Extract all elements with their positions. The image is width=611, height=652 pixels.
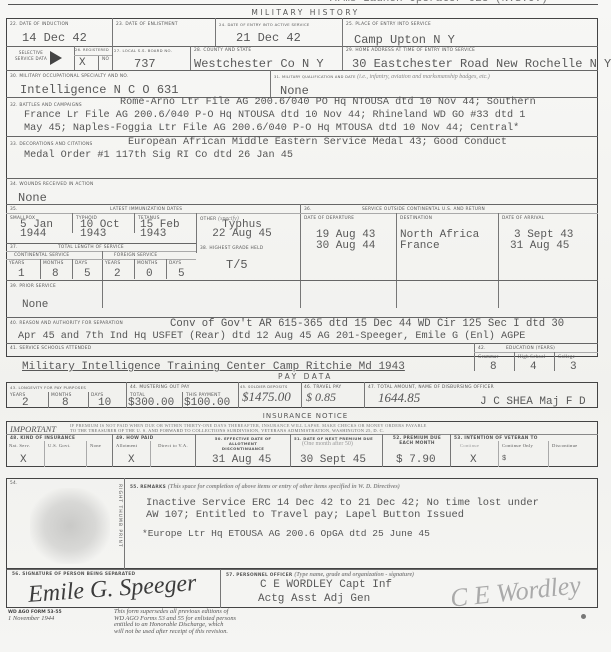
- f40-label: 40. Reason and Authority for Separation: [10, 321, 123, 326]
- f35-tetanus-date: 15 Feb1943: [140, 221, 180, 239]
- f31-value: None: [280, 84, 309, 98]
- f57-line2: Actg Asst Adj Gen: [258, 593, 370, 605]
- insurance-notice-header: INSURANCE NOTICE: [0, 412, 611, 420]
- f22-label: 22. Date of Induction: [10, 22, 69, 27]
- f25-label: 25. Place of Entry into Service: [346, 22, 431, 27]
- f35-typhoid-date: 10 Oct1943: [80, 221, 120, 239]
- f47-amount: 1644.85: [378, 390, 420, 406]
- f22-value: 14 Dec 42: [22, 31, 87, 45]
- f42-grammar-label: Grammar: [478, 355, 498, 360]
- f46-value: $ 0.85: [306, 390, 336, 405]
- f33-line1: European African Middle Eastern Service …: [128, 137, 507, 150]
- f48-natserv-label: Nat. Serv.: [9, 443, 30, 448]
- f37-days-label: Days: [75, 261, 87, 266]
- f33-line2: Medal Order #1 117th Sig RI Co dtd 26 Ja…: [24, 150, 293, 163]
- f27-value: 737: [134, 57, 156, 71]
- f24-label: 24. Date of Entry into Active Service: [219, 22, 310, 27]
- f36-departure-header: Date of Departure: [304, 216, 354, 221]
- f38-value: T/5: [226, 258, 248, 272]
- discharge-form: Arms Launch Operator 025 (N.S.O.) MILITA…: [0, 0, 611, 652]
- f42-label: Education (Years): [506, 346, 555, 351]
- f28-value: Westchester Co N Y: [194, 57, 324, 71]
- arrow-right-icon: [50, 51, 62, 65]
- f50-value: 31 Aug 45: [212, 454, 271, 466]
- f37-months-label: Months: [43, 261, 64, 266]
- f26-label: 26. Registered: [75, 48, 109, 52]
- form-supersedes-note: This form supersedes all previous editio…: [114, 609, 236, 635]
- f44-payment-value: $100.00: [184, 397, 230, 409]
- f26-no-label: No: [102, 57, 109, 62]
- f37-num: 37.: [10, 245, 18, 250]
- f49-allotment-label: Allotment: [116, 443, 137, 448]
- important-line2: TO THE TREASURER OF THE U. S. AND FORWAR…: [70, 428, 384, 433]
- f35-label: Latest Immunization Dates: [110, 207, 182, 212]
- top-fragment-text: Arms Launch Operator 025 (N.S.O.): [330, 0, 548, 5]
- f55-line3: *Europe Ltr Hq ETOUSA AG 200.6 OpGA dtd …: [142, 528, 430, 541]
- f51-value: 30 Sept 45: [300, 454, 366, 466]
- f40-line2: Apr 45 and 7th Ind Hq USFET (Rear) dtd 1…: [18, 331, 525, 344]
- f42-highschool-label: High School: [518, 355, 545, 360]
- f55-line2: AW 107; Entitled to Travel pay; Lapel Bu…: [146, 509, 464, 522]
- f43-years-value: 2: [22, 397, 29, 409]
- f37-label: Total Length of Service: [58, 245, 124, 250]
- f32-line3: May 45; Naples-Foggia Ltr File AG 200.6/…: [24, 123, 519, 136]
- f24-value: 21 Dec 42: [236, 31, 301, 45]
- f49-label: 49. How Paid: [116, 436, 153, 441]
- f36-label: Service Outside Continental U.S. and Ret…: [362, 207, 485, 212]
- f35-num: 35.: [10, 207, 18, 212]
- f52-value: $ 7.90: [396, 454, 436, 466]
- f35-other-date: Typhus22 Aug 45: [202, 221, 282, 239]
- f55-label: 55. Remarks (This space for completion o…: [130, 484, 400, 490]
- f43-months-value: 8: [62, 397, 69, 409]
- f33-label: 33. Decorations and Citations: [10, 142, 93, 147]
- selective-service-label: Selective Service Data: [10, 50, 52, 61]
- f28-label: 28. County and State: [194, 48, 251, 53]
- f57-line1: C E WORDLEY Capt Inf: [260, 579, 392, 591]
- f42-college-label: College: [558, 355, 575, 360]
- f37-cont-days: 5: [84, 268, 91, 280]
- f37-cont-months: 8: [52, 268, 59, 280]
- f53-discontinue-label: Discontinue: [552, 443, 578, 448]
- f36-num: 36.: [304, 207, 312, 212]
- f52-label: 52. Premium Due Each Month: [386, 436, 448, 446]
- f40-line1: Conv of Gov't AR 615-365 dtd 15 Dec 44 W…: [170, 318, 564, 331]
- f37-foreign-months-label: Months: [137, 261, 158, 266]
- f53-continue-only-label: Continue Only: [502, 443, 533, 448]
- f45-value: $1475.00: [242, 389, 291, 405]
- f57-label: 57. Personnel Officer (Type name, grade …: [226, 572, 414, 578]
- f53-continue-only-value: $: [502, 455, 506, 463]
- f36-destination-header: Destination: [400, 216, 432, 221]
- f37-cont-years: 1: [18, 268, 25, 280]
- pay-data-header: PAY DATA: [0, 372, 611, 381]
- f37-foreign-months: 0: [146, 268, 153, 280]
- f44-total-value: $300.00: [128, 397, 174, 409]
- f32-line2: France Lr File AG 200.6/040 P-O Hq NTOUS…: [24, 110, 525, 123]
- f25-value: Camp Upton N Y: [354, 33, 455, 47]
- f32-label: 32. Battles and Campaigns: [10, 103, 82, 108]
- f53-continue-value: X: [470, 454, 477, 466]
- f37-foreign-days: 5: [178, 268, 185, 280]
- registered-mark-icon: [581, 614, 586, 619]
- f37-years-label: Years: [9, 261, 25, 266]
- f48-usgovt-label: U.S. Govt.: [48, 443, 71, 448]
- f37-continental-label: Continental Service: [14, 253, 69, 258]
- f41-label: 41. Service Schools Attended: [10, 346, 91, 351]
- f32-line1: Rome-Arno Ltr File AG 200.6/040 PO Hq NT…: [120, 97, 536, 110]
- f37-foreign-years-label: Years: [105, 261, 121, 266]
- f42-num: 42.: [478, 346, 486, 351]
- thumbprint: [30, 488, 110, 564]
- f43-label: 43. Longevity for Pay Purposes: [10, 385, 86, 390]
- f34-value: None: [18, 191, 47, 205]
- f26-yes-value: X: [79, 57, 86, 69]
- f50-label: 50. Effective Date of Allotment Disconti…: [208, 436, 278, 451]
- military-history-header: MILITARY HISTORY: [0, 8, 611, 17]
- f29-label: 29. Home Address at Time of Entry into S…: [346, 48, 475, 53]
- f39-label: 39. Prior Service: [10, 284, 56, 289]
- f55-line1: Inactive Service ERC 14 Dec 42 to 21 Dec…: [146, 497, 539, 510]
- f23-label: 23. Date of Enlistment: [116, 22, 178, 27]
- f36-row2-departure: 30 Aug 44: [316, 240, 375, 252]
- f37-foreign-label: Foreign Service: [114, 253, 157, 258]
- f48-none-label: None: [90, 443, 101, 448]
- f31-label: 31. Military Qualification and Date (i.e…: [274, 74, 490, 80]
- f53-continue-label: Continue: [460, 443, 479, 448]
- f49-direct-label: Direct to V.A.: [158, 443, 188, 448]
- f54-thumb-label: RIGHT THUMB PRINT: [110, 484, 122, 564]
- f51-hint: (One month after 50): [302, 441, 353, 447]
- f44-label: 44. Mustering Out Pay: [130, 385, 190, 390]
- f47-officer: J C SHEA Maj F D: [480, 396, 586, 408]
- f36-row2-arrival: 31 Aug 45: [510, 240, 569, 252]
- f43-days-value: 10: [98, 397, 111, 409]
- f36-row2-destination: France: [400, 240, 440, 252]
- f48-label: 48. Kind of Insurance: [10, 436, 75, 441]
- f35-smallpox-date: 5 Jan1944: [20, 221, 53, 239]
- f34-label: 34. Wounds Received in Action: [10, 182, 94, 187]
- f31-hint: (i.e., infantry, aviation and marksmansh…: [357, 74, 490, 80]
- f49-allotment-value: X: [128, 454, 135, 466]
- f55-hint: (This space for completion of above item…: [168, 484, 400, 490]
- f39-value: None: [22, 299, 48, 311]
- f30-value: Intelligence N C O 631: [20, 83, 178, 97]
- f48-natserv-value: X: [20, 454, 27, 466]
- form-date: 1 November 1944: [8, 615, 54, 622]
- f38-label: 38. Highest Grade Held: [200, 246, 263, 251]
- f27-label: 27. Local S.S. Board No.: [114, 48, 172, 53]
- f54-label: 54.: [10, 481, 18, 486]
- f37-foreign-days-label: Days: [169, 261, 181, 266]
- f30-label: 30. Military Occupational Specialty and …: [10, 74, 129, 79]
- f36-arrival-header: Date of Arrival: [502, 216, 544, 221]
- important-word: IMPORTANT: [10, 424, 56, 434]
- f29-value: 30 Eastchester Road New Rochelle N Y: [352, 57, 611, 71]
- f37-foreign-years: 2: [114, 268, 121, 280]
- f53-label: 53. Intention of Veteran To: [454, 436, 538, 441]
- f57-hint: (Type name, grade and organization - sig…: [294, 572, 414, 578]
